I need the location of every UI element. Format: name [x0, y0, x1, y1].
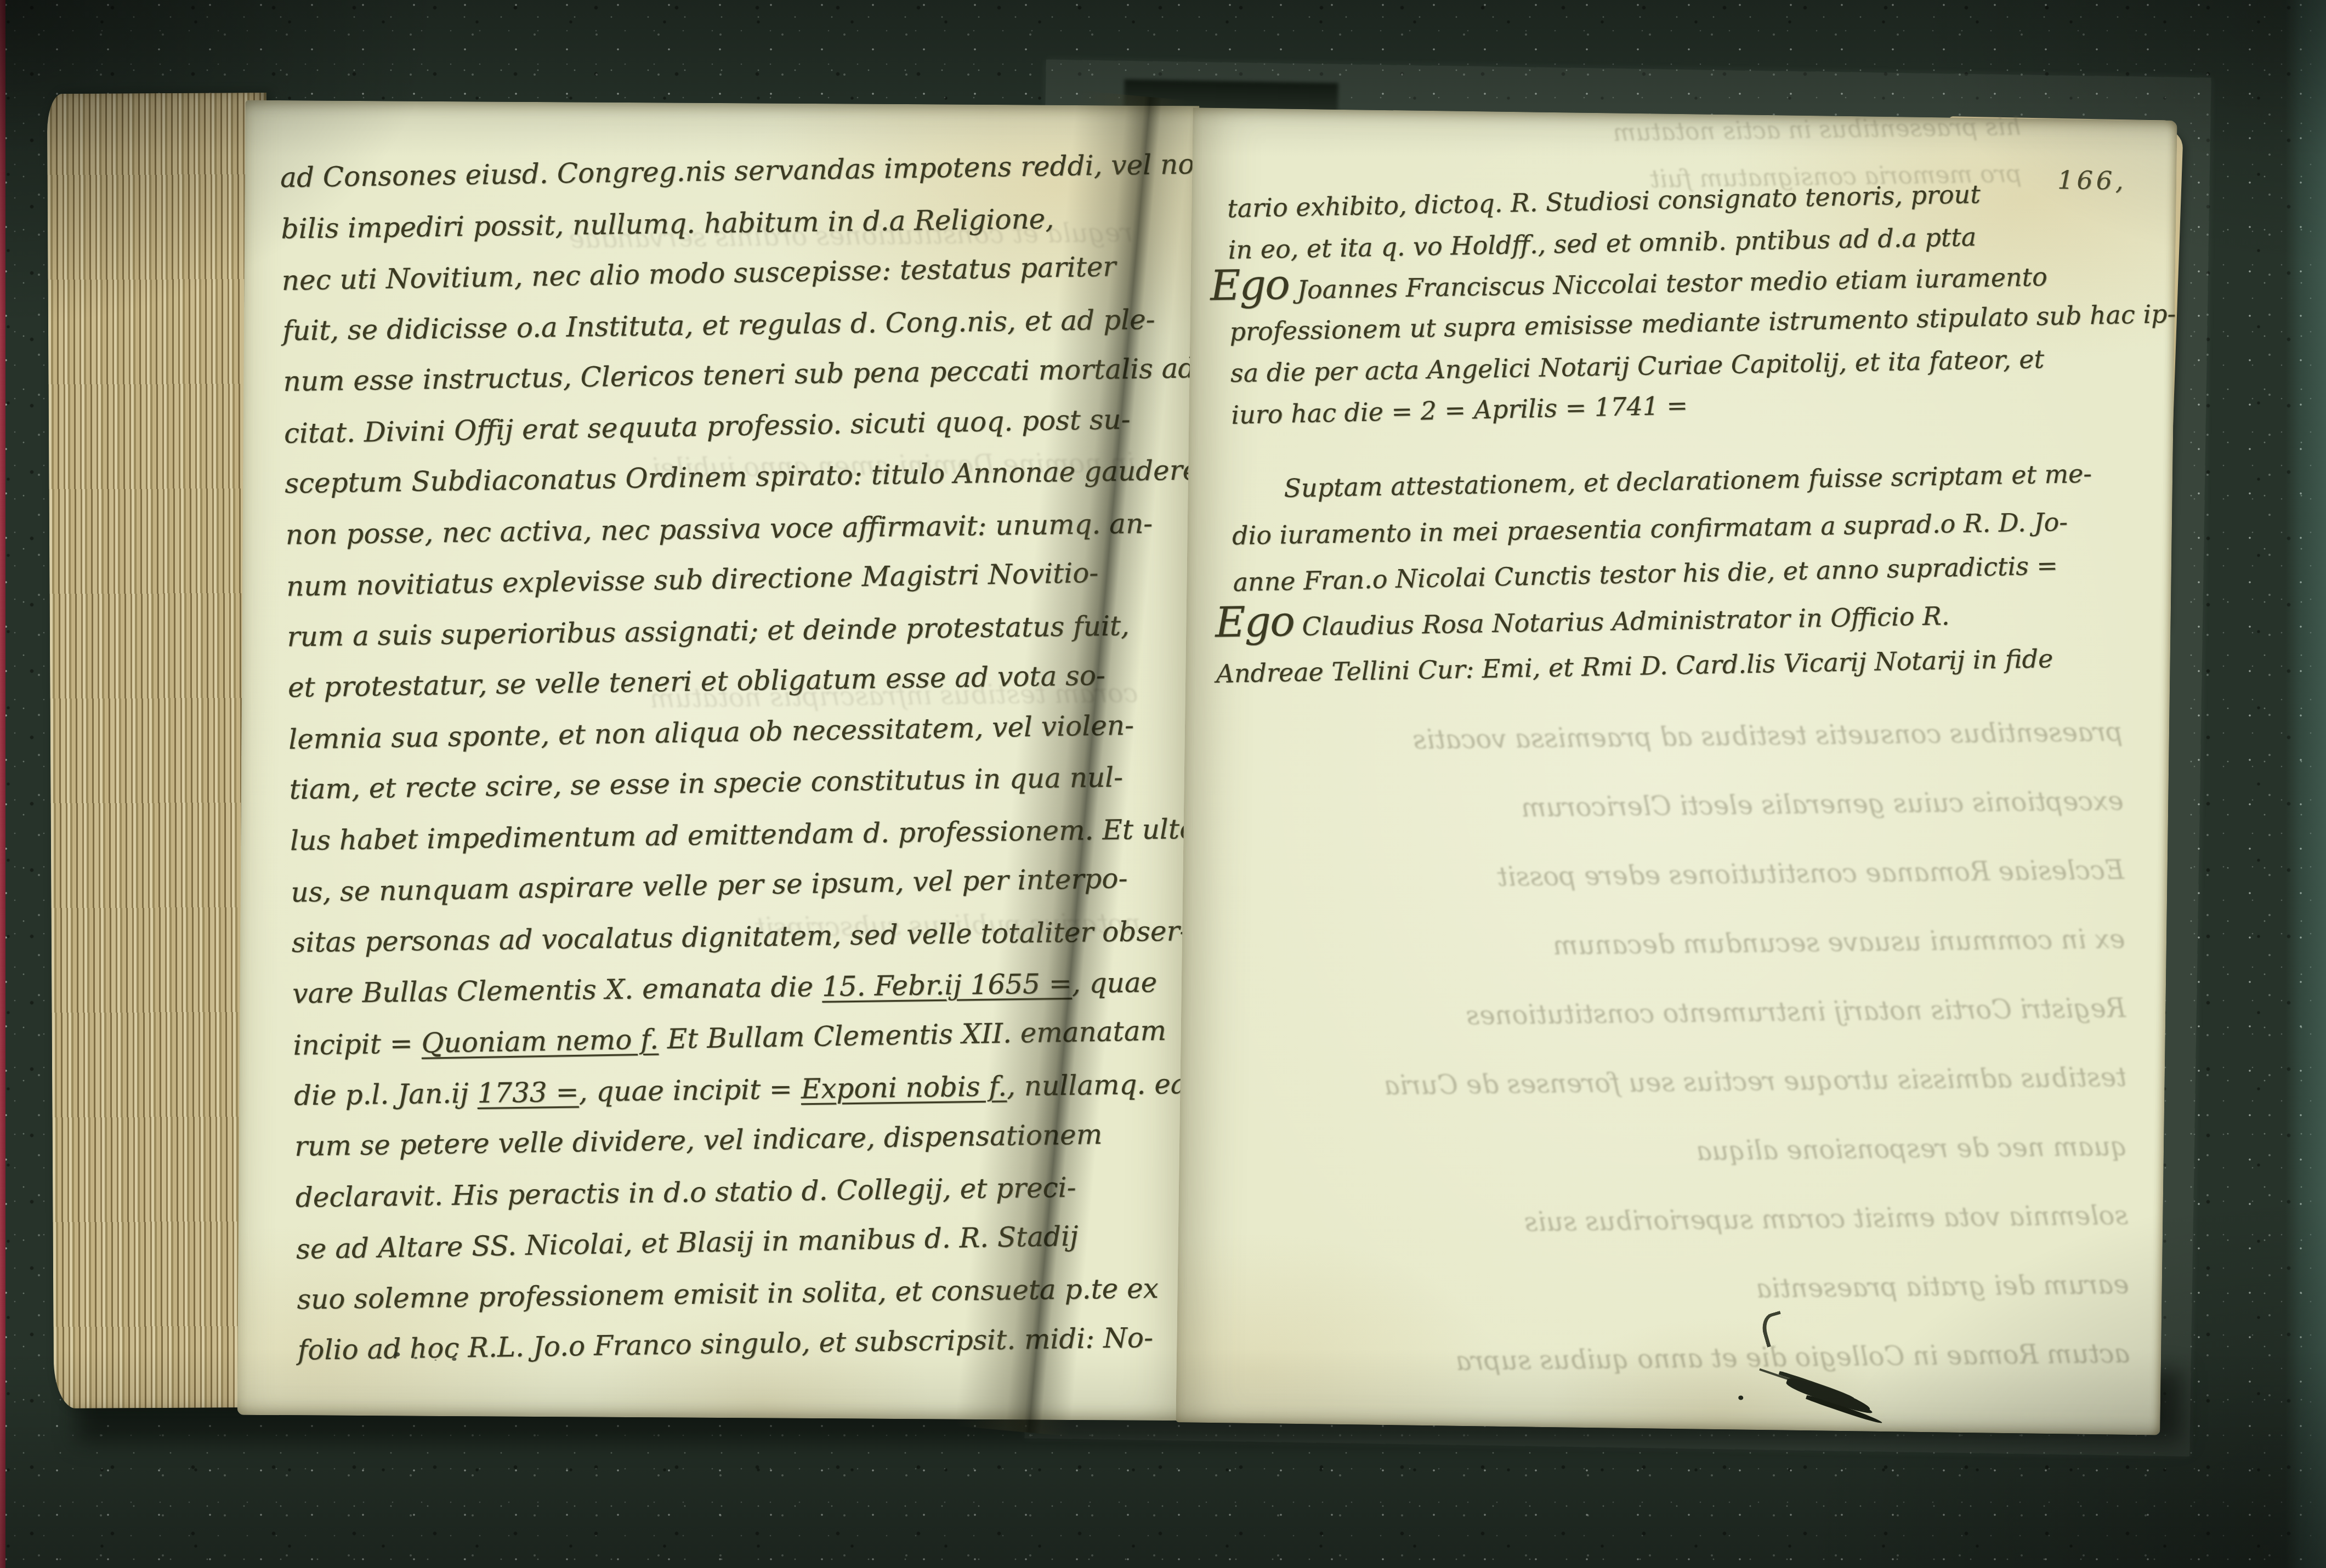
- glass-plate-edge: [2285, 0, 2326, 1568]
- show-through-line: Ecclesiae Romanae constitutiones edere p…: [1389, 855, 2125, 932]
- underlined-incipit: Exponi nobis f.: [801, 1070, 1007, 1105]
- right-page-show-through: praesentibus consuetis testibus ad praem…: [1234, 717, 2130, 1417]
- flourished-initial: Ego: [1215, 597, 1294, 646]
- show-through-line: testibus admissis utroque rectius seu fo…: [1392, 1062, 2127, 1139]
- paragraph1-lines-a: tario exhibito, dictoq. R. Studiosi cons…: [1227, 175, 2175, 276]
- ink-blot-streak: [1785, 1374, 1872, 1415]
- photograph-open-manuscript-book: regula et constitutiones ordinis servand…: [0, 0, 2326, 1568]
- line-segment: vare Bullas Clementis X. emanata die: [292, 971, 822, 1010]
- show-through-line: actum Romae in Collegio die et anno quib…: [1274, 1338, 2130, 1417]
- show-through-line: solemnia vota emisit coram superioribus …: [1322, 1200, 2129, 1279]
- ink-blot-dot: [1738, 1395, 1743, 1400]
- show-through-line: Registri Cortis notarij instrumento cons…: [1270, 993, 2126, 1072]
- line-segment: , quae incipit =: [578, 1073, 801, 1107]
- scan-red-edge-artifact: [0, 0, 5, 1568]
- underlined-incipit: Quoniam nemo f.: [421, 1023, 659, 1059]
- ink-blot: [1734, 1309, 1880, 1439]
- line-segment: incipit =: [293, 1027, 422, 1061]
- underlined-year: 1733 =: [477, 1076, 579, 1109]
- show-through-line: quam nec de responsione aliqua: [1239, 1131, 2128, 1210]
- line-segment: die p.l. Jan.ij: [294, 1077, 478, 1111]
- flourished-initial: Ego: [1210, 260, 1289, 310]
- show-through-line: praesentibus consuetis testibus ad praem…: [1234, 717, 2123, 796]
- ink-spatter: [394, 1352, 400, 1356]
- attestation-paragraph: tario exhibito, dictoq. R. Studiosi cons…: [1227, 175, 2178, 440]
- ink-blot-stroke: [1758, 1311, 1789, 1348]
- paragraph1-lines-b: professionem ut supra emisisse mediante …: [1229, 299, 2178, 440]
- show-through-line: exceptionis cuius generalis electi Cleri…: [1317, 786, 2124, 864]
- show-through-line: ex in communi usuave secundum decanum: [1319, 924, 2125, 1002]
- notary-confirmation-paragraph: Suptam attestationem, et declarationem f…: [1231, 459, 2096, 705]
- right-page: 166, his praesentibus in actis notatumpr…: [1176, 107, 2177, 1435]
